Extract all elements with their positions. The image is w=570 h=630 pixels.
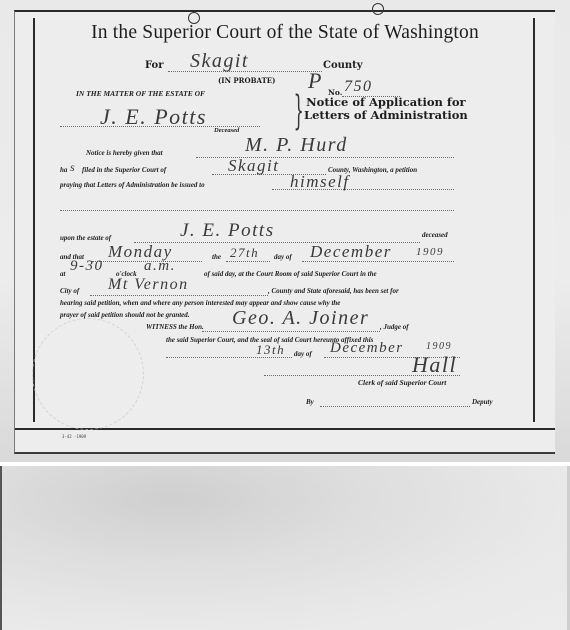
city-line (90, 295, 268, 296)
page-edge (0, 466, 2, 630)
hearing-text-line1: hearing said petition, when and where an… (60, 299, 340, 307)
estate-name: J. E. Potts (180, 220, 275, 242)
probate-label: (IN PROBATE) (218, 76, 275, 85)
issued-to: himself (290, 172, 350, 192)
hearing-time: 9-30 (70, 258, 104, 275)
judge-line (202, 331, 380, 332)
case-number: 750 (344, 78, 373, 96)
deceased-word: deceased (422, 231, 448, 239)
by-label: By (306, 398, 314, 406)
hearing-month: December (310, 242, 392, 262)
hearing-year: 1909 (416, 246, 444, 258)
filed-county: Skagit (228, 156, 280, 176)
city-label: City of (60, 287, 79, 295)
judge-name: Geo. A. Joiner (232, 307, 369, 330)
witness-day-of-label: day of (294, 350, 312, 358)
has-filed-prefix: ha (60, 166, 67, 174)
scanned-page-bottom-blank (0, 466, 570, 630)
hearing-day: 27th (230, 245, 259, 261)
witness-label: WITNESS the Hon. (146, 323, 204, 331)
day-of-label: day of (274, 253, 292, 261)
witness-year: 1909 (426, 341, 452, 352)
deputy-label: Deputy (472, 398, 493, 406)
notice-given-label: Notice is hereby given that (86, 149, 163, 157)
county-prefix: For (145, 60, 164, 71)
estate-label: IN THE MATTER OF THE ESTATE OF (76, 89, 205, 98)
form-number: 3-42 -1909 (62, 434, 86, 439)
praying-label: praying that Letters of Administration b… (60, 181, 205, 189)
clerk-label: Clerk of said Superior Court (358, 378, 446, 387)
petitioner-name: M. P. Hurd (245, 134, 348, 157)
the-label: the (212, 253, 221, 261)
blank-line (60, 210, 454, 211)
court-room-label: of said day, at the Court Room of said S… (204, 270, 377, 278)
clerk-signature: Hall (412, 352, 457, 378)
notice-title-line2: Letters of Administration (304, 109, 468, 122)
punch-hole (372, 3, 384, 15)
county-suffix: County (323, 60, 363, 71)
city-value: Mt Vernon (108, 276, 189, 294)
judge-of-label: , Judge of (380, 323, 409, 331)
has-filed-hand: s (70, 160, 76, 175)
at-label: at (60, 270, 65, 278)
witness-month: December (330, 340, 404, 357)
case-prefix: P (308, 68, 323, 94)
filed-label: filed in the Superior Court of (82, 166, 166, 174)
county-value: Skagit (190, 50, 249, 73)
deputy-line (320, 406, 470, 407)
notice-title: Notice of Application for Letters of Adm… (304, 96, 468, 122)
deceased-name: J. E. Potts (100, 104, 207, 130)
hearing-text-line2: prayer of said petition should not be gr… (60, 311, 190, 319)
document-title: In the Superior Court of the State of Wa… (0, 22, 570, 44)
county-state-label: , County and State aforesaid, has been s… (268, 287, 399, 295)
deceased-label: Deceased (214, 127, 239, 134)
day-line (226, 261, 270, 262)
hearing-meridiem: a.m. (144, 258, 176, 275)
court-seal-impression (32, 318, 144, 430)
upon-estate-label: upon the estate of (60, 234, 111, 242)
brace: } (294, 88, 304, 134)
witness-day: 13th (256, 342, 285, 358)
